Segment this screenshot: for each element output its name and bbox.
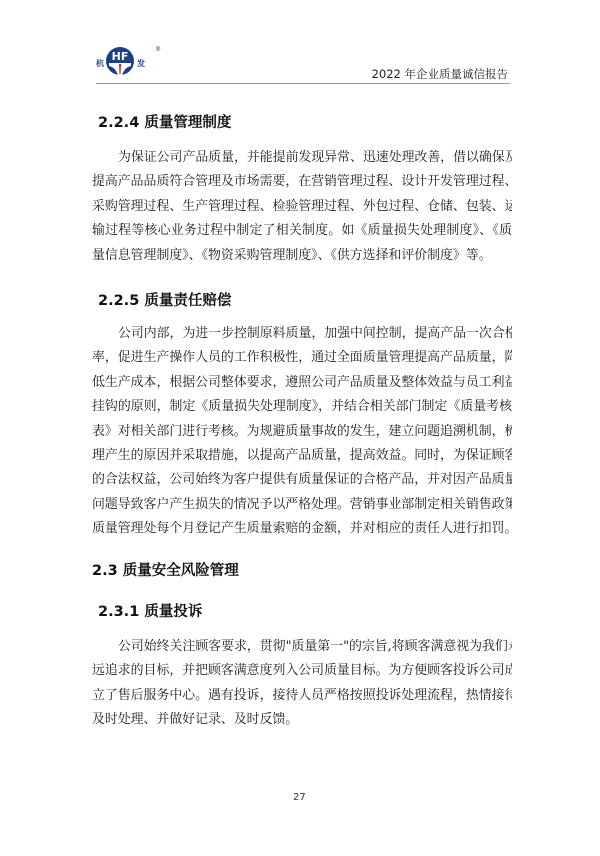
company-logo: 杭 HF 发 ® — [96, 44, 166, 80]
paragraph-line: 远追求的目标，并把顾客满意度列入公司质量目标。为方便顾客投诉公司成 — [92, 659, 512, 683]
paragraph-line: 问题导致客户产生损失的情况予以严格处理。营销事业部制定相关销售政策， — [92, 493, 512, 517]
paragraph-line: 低生产成本，根据公司整体要求，遵照公司产品质量及整体效益与员工利益 — [92, 371, 512, 395]
logo-left-char: 杭 — [96, 58, 104, 69]
paragraph-line: 量信息管理制度》、《物资采购管理制度》、《供方选择和评价制度》等。 — [92, 244, 512, 268]
section-heading-2-2-5: 2.2.5 质量责任赔偿 — [98, 289, 231, 310]
report-title: 2022 年企业质量诚信报告 — [372, 66, 508, 82]
paragraph-line: 采购管理过程、生产管理过程、检验管理过程、外包过程、仓储、包装、运 — [92, 195, 512, 219]
paragraph-line: 率，促进生产操作人员的工作积极性，通过全面质量管理提高产品质量，降 — [92, 346, 512, 370]
registered-mark: ® — [155, 46, 161, 53]
paragraph-line: 质量管理处每个月登记产生质量索赔的金额，并对相应的责任人进行扣罚。 — [92, 517, 512, 541]
paragraph-line: 公司始终关注顾客要求，贯彻"质量第一"的宗旨,将顾客满意视为我们永 — [92, 635, 512, 659]
paragraph-line: 立了售后服务中心。遇有投诉，接待人员严格按照投诉处理流程，热情接待、 — [92, 684, 512, 708]
section-heading-2-3-1: 2.3.1 质量投诉 — [98, 600, 202, 621]
paragraph-line: 输过程等核心业务过程中制定了相关制度。如《质量损失处理制度》、《质 — [92, 219, 512, 243]
paragraph-line: 提高产品品质符合管理及市场需要，在营销管理过程、设计开发管理过程、 — [92, 170, 512, 194]
paragraph-line: 的合法权益，公司始终为客户提供有质量保证的合格产品，并对因产品质量 — [92, 468, 512, 492]
section-2-3-1-paragraph: 公司始终关注顾客要求，贯彻"质量第一"的宗旨,将顾客满意视为我们永 远追求的目标… — [92, 635, 512, 733]
svg-text:HF: HF — [112, 50, 129, 63]
paragraph-line: 公司内部，为进一步控制原料质量，加强中间控制，提高产品一次合格 — [92, 322, 512, 346]
paragraph-line: 为保证公司产品质量，并能提前发现异常、迅速处理改善，借以确保及 — [92, 146, 512, 170]
hf-emblem-icon: HF — [105, 44, 135, 78]
paragraph-line: 挂钩的原则，制定《质量损失处理制度》，并结合相关部门制定《质量考核 — [92, 395, 512, 419]
section-heading-2-2-4: 2.2.4 质量管理制度 — [98, 111, 231, 132]
header-divider — [96, 83, 510, 84]
logo-right-char: 发 — [137, 58, 145, 69]
section-2-2-4-paragraph: 为保证公司产品质量，并能提前发现异常、迅速处理改善，借以确保及 提高产品品质符合… — [92, 146, 512, 268]
section-2-2-5-paragraph: 公司内部，为进一步控制原料质量，加强中间控制，提高产品一次合格 率，促进生产操作… — [92, 322, 512, 542]
paragraph-line: 表》对相关部门进行考核。为规避质量事故的发生，建立问题追溯机制，梳 — [92, 420, 512, 444]
paragraph-line: 理产生的原因并采取措施，以提高产品质量，提高效益。同时，为保证顾客 — [92, 444, 512, 468]
section-heading-2-3: 2.3 质量安全风险管理 — [92, 559, 239, 580]
paragraph-line: 及时处理、并做好记录、及时反馈。 — [92, 708, 512, 732]
page-number: 27 — [293, 792, 306, 803]
